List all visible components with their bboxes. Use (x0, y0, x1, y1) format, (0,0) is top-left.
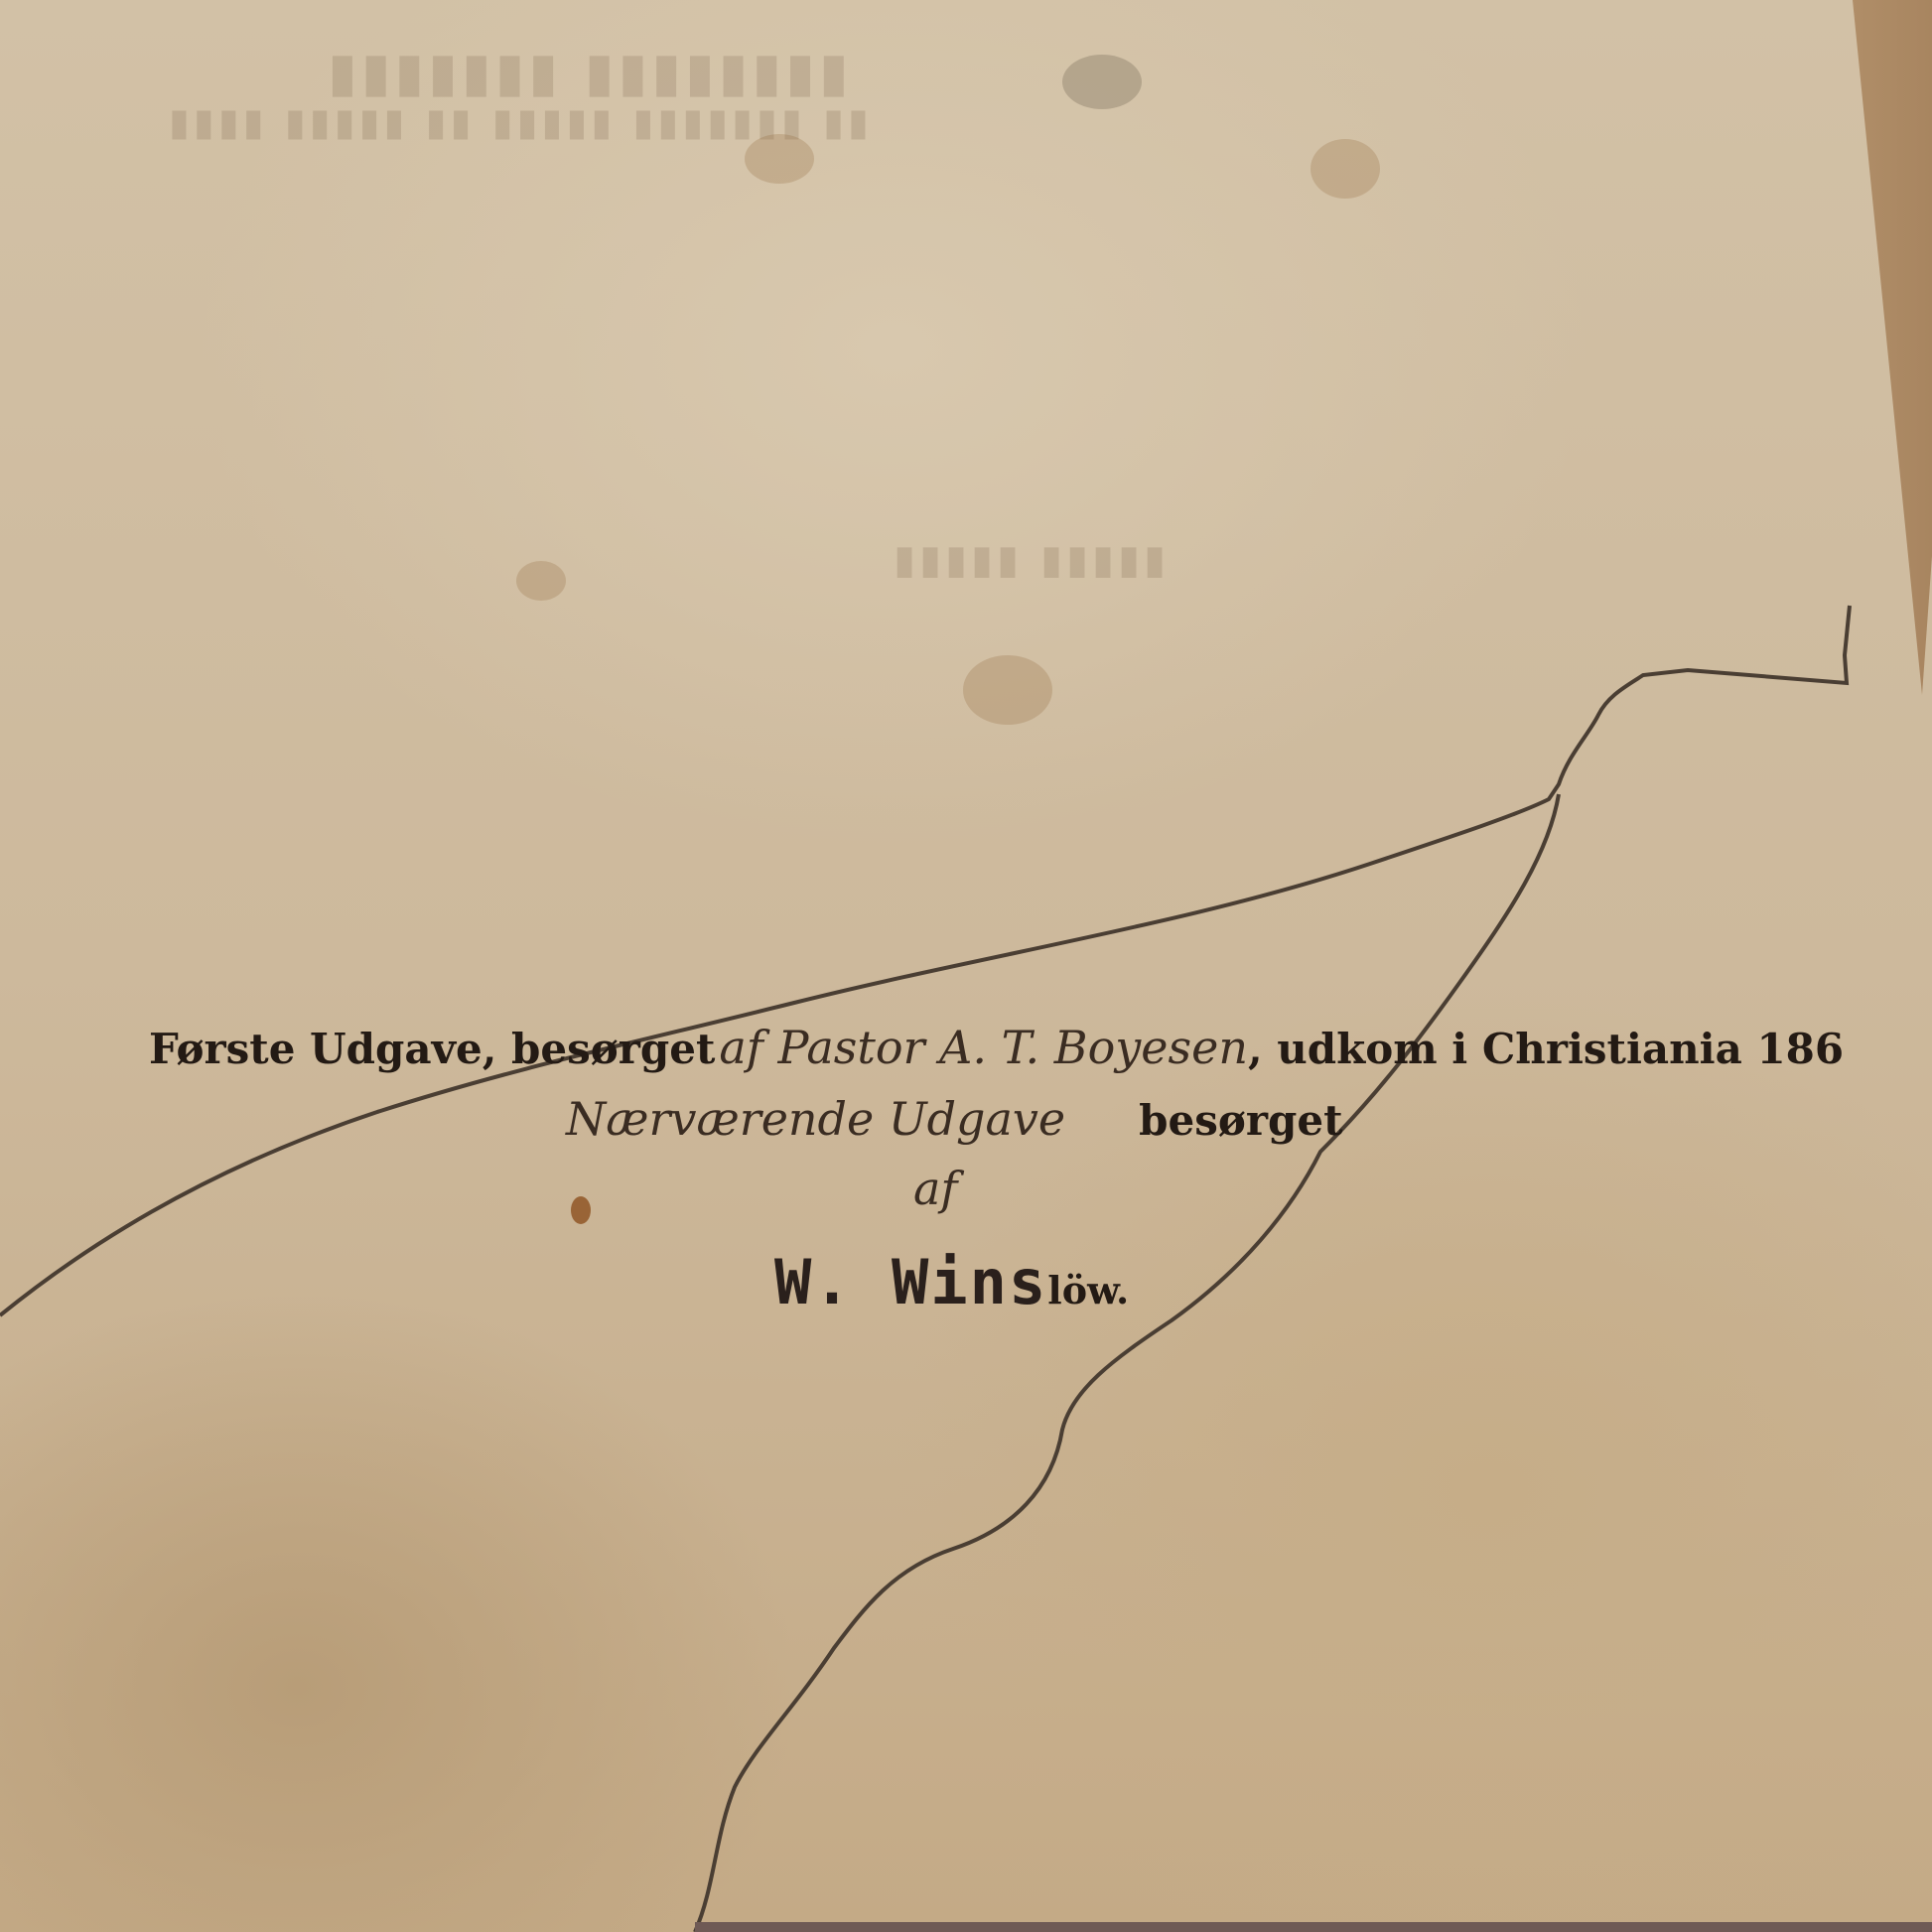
handwritten-af: af (913, 1162, 957, 1215)
printed-name-ending: löw. (1047, 1268, 1129, 1312)
title-line-3: af (913, 1162, 957, 1215)
handwritten-pastor-name: af Pastor A. T. Boyesen (719, 1021, 1248, 1074)
paper-tear-lines (0, 0, 1932, 1932)
aged-paper-page: ▮▮▮▮▮▮▮ ▮▮▮▮▮▮▮▮ ▮▮▮▮ ▮▮▮▮▮ ▮▮ ▮▮▮▮▮ ▮▮▮… (0, 0, 1932, 1932)
printed-first-edition-text: Første Udgave, besørget (149, 1025, 715, 1073)
title-line-4: W. Winslöw. (774, 1246, 1129, 1318)
title-line-2: Nærværende Udgave besørget (566, 1092, 1343, 1146)
printed-publication-place: , udkom i Christiania 186 (1248, 1025, 1844, 1073)
title-line-1: Første Udgave, besørget af Pastor A. T. … (149, 1021, 1844, 1074)
stamped-name: W. Wins (774, 1246, 1047, 1318)
page-bottom-edge (695, 1922, 1932, 1932)
printed-besorget: besørget (1139, 1096, 1342, 1145)
handwritten-present-edition: Nærværende Udgave (566, 1092, 1065, 1146)
